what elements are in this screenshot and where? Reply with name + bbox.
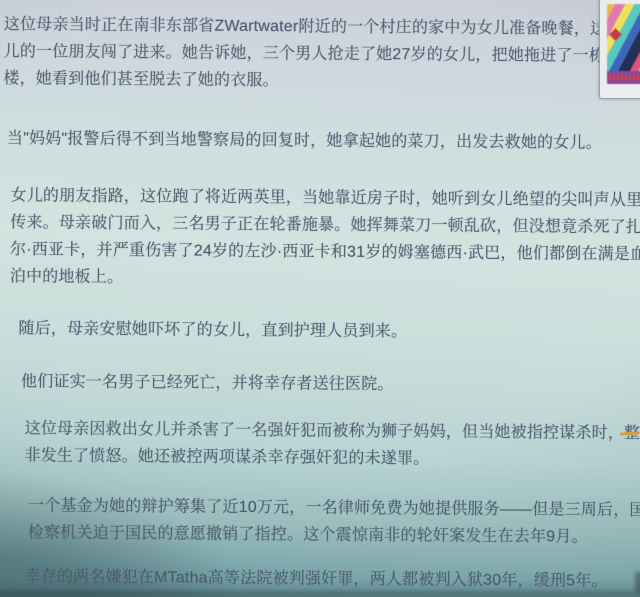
ad-caption-strip [607,71,640,84]
text-line: 这位母亲因救出女儿并杀害了一名强奸犯而被称为狮子妈妈，但当她被指控谋杀时，整个南 [25,420,640,442]
text-line: 随后，母亲安慰她吓坏了的女儿，直到护理人员到来。 [18,320,407,340]
photo-smudge [635,571,640,593]
paragraph: 他们证实一名男子已经死亡，并将幸存者送往医院。 [21,368,631,400]
ad-card[interactable] [599,0,640,99]
ad-caption-text-blur [609,75,640,80]
text-line: 非发生了愤怒。她还被控两项谋杀幸存强奸犯的未遂罪。 [24,447,429,467]
paragraph: 这位母亲当时正在南非东部省ZWartwater附近的一个村庄的家中为女儿准备晚餐… [3,11,634,97]
paragraph: 女儿的朋友指路，这位跑了将近两英里，当她靠近房子时，她听到女儿绝望的尖叫声从里面… [10,182,633,295]
paragraph: 这位母亲因救出女儿并杀害了一名强奸犯而被称为狮子妈妈，但当她被指控谋杀时，整个南… [24,415,630,474]
paragraph: 随后，母亲安慰她吓坏了的女儿，直到护理人员到来。 [18,315,631,347]
paragraph: 幸存的两名嫌犯在MTatha高等法院被判强奸罪，两人都被判入狱30年，缓刑5年。 [24,563,629,595]
text-line: 幸存的两名嫌犯在MTatha高等法院被判强奸罪，两人都被判入狱30年，缓刑5年。 [24,568,607,590]
text-line: 女儿的朋友指路，这位跑了将近两英里，当她靠近房子时，她听到女儿绝望的尖叫声从里面 [10,187,640,209]
text-line: 传来。母亲破门而入，三名男子正在轮番施暴。她挥舞菜刀一顿乱砍，但没想竟杀死了扎米 [10,214,640,236]
text-line: 检察机关迫于国民的意愿撤销了指控。这个震惊南非的轮奸案发生在去年9月。 [28,524,588,545]
text-line: 楼，她看到他们甚至脱去了她的衣服。 [3,70,279,89]
text-line: 儿的一位朋友闯了进来。她告诉她，三个男人抢走了她27岁的女儿，把她拖进了一栋大 [4,43,622,65]
text-line: 他们证实一名男子已经死亡，并将幸存者送往医院。 [21,373,394,393]
paragraph: 一个基金为她的辩护筹集了近10万元，一名律师免费为她提供服务——但是三周后，国家… [28,492,630,551]
diamond-shape-icon [609,28,622,41]
paragraph: 当"妈妈"报警后得不到当地警察局的回复时，她拿起她的菜刀，出发去救她的女儿。 [7,125,633,157]
text-line: 一个基金为她的辩护筹集了近10万元，一名律师免费为她提供服务——但是三周后，国家 [28,497,640,519]
text-line: 尔·西亚卡，并严重伤害了24岁的左沙·西亚卡和31岁的姆塞德西·武巴，他们都倒在… [10,241,640,263]
text-line: 这位母亲当时正在南非东部省ZWartwater附近的一个村庄的家中为女儿准备晚餐… [4,16,639,38]
text-line: 当"妈妈"报警后得不到当地警察局的回复时，她拿起她的菜刀，出发去救她的女儿。 [7,130,602,152]
text-line: 泊中的地板上。 [10,268,124,286]
article-body: 这位母亲当时正在南非东部省ZWartwater附近的一个村庄的家中为女儿准备晚餐… [0,0,634,595]
ad-thumbnail-image[interactable] [607,4,640,84]
